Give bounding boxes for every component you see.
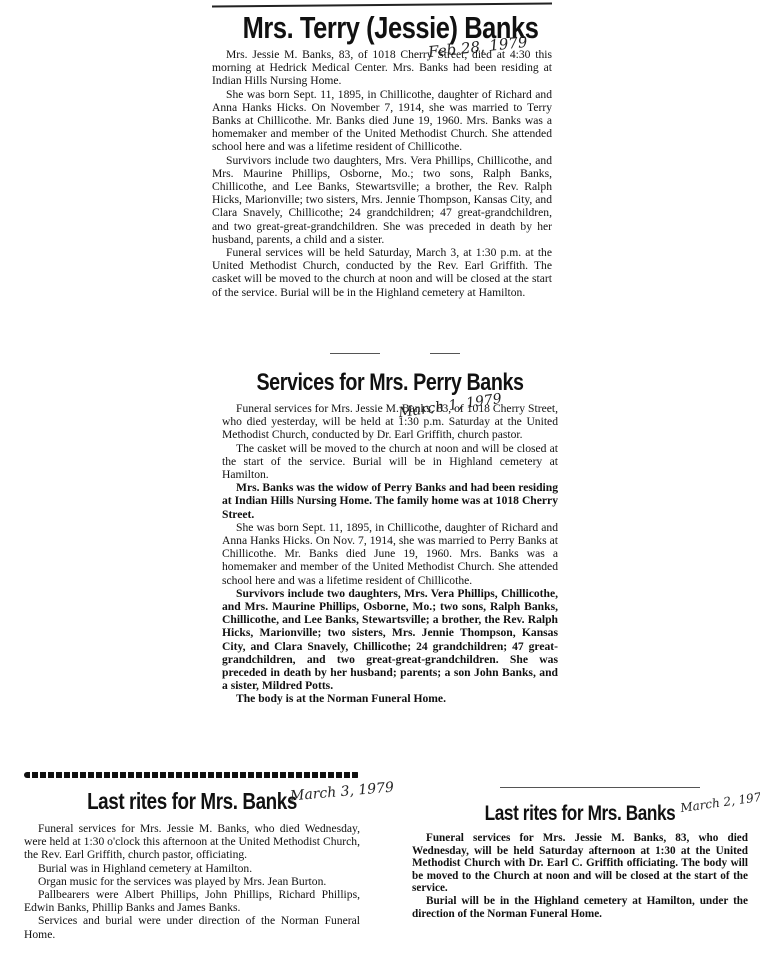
paragraph: Funeral services will be held Saturday, …	[212, 246, 552, 299]
paragraph: Services and burial were under direction…	[24, 914, 360, 940]
clip2-top-rule	[430, 353, 460, 354]
article-body: Funeral services for Mrs. Jessie M. Bank…	[222, 402, 558, 706]
article-body: Mrs. Jessie M. Banks, 83, of 1018 Cherry…	[212, 48, 552, 299]
paragraph: Mrs. Jessie M. Banks, 83, of 1018 Cherry…	[212, 48, 552, 88]
clipping-services-perry-banks: Services for Mrs. Perry Banks Funeral se…	[222, 368, 558, 706]
paragraph: Organ music for the services was played …	[24, 875, 360, 888]
paragraph: Survivors include two daughters, Mrs. Ve…	[212, 154, 552, 246]
clip2-top-rule	[330, 353, 380, 354]
paragraph: The body is at the Norman Funeral Home.	[222, 692, 558, 705]
paragraph: Funeral services for Mrs. Jessie M. Bank…	[222, 402, 558, 442]
article-body: Funeral services for Mrs. Jessie M. Bank…	[412, 832, 748, 920]
paragraph: Funeral services for Mrs. Jessie M. Bank…	[412, 832, 748, 895]
clip4-top-rule	[500, 787, 700, 788]
headline: Last rites for Mrs. Banks	[442, 800, 718, 828]
paragraph: She was born Sept. 11, 1895, in Chillico…	[212, 88, 552, 154]
paragraph: Burial will be in the Highland cemetery …	[412, 895, 748, 920]
paragraph: Survivors include two daughters, Mrs. Ve…	[222, 587, 558, 693]
paragraph: Pallbearers were Albert Phillips, John P…	[24, 888, 360, 914]
paragraph: She was born Sept. 11, 1895, in Chillico…	[222, 521, 558, 587]
clip1-top-rule	[212, 3, 552, 8]
paragraph: The casket will be moved to the church a…	[222, 442, 558, 482]
article-body: Funeral services for Mrs. Jessie M. Bank…	[24, 822, 360, 941]
paragraph: Funeral services for Mrs. Jessie M. Bank…	[24, 822, 360, 862]
headline: Last rites for Mrs. Banks	[54, 786, 330, 816]
paragraph: Mrs. Banks was the widow of Perry Banks …	[222, 481, 558, 521]
clipping-last-rites-march-3: Last rites for Mrs. Banks Funeral servic…	[24, 786, 360, 941]
clip3-top-rule	[24, 772, 360, 778]
paragraph: Burial was in Highland cemetery at Hamil…	[24, 862, 360, 875]
clipping-last-rites-march-2: Last rites for Mrs. Banks Funeral servic…	[412, 800, 748, 920]
